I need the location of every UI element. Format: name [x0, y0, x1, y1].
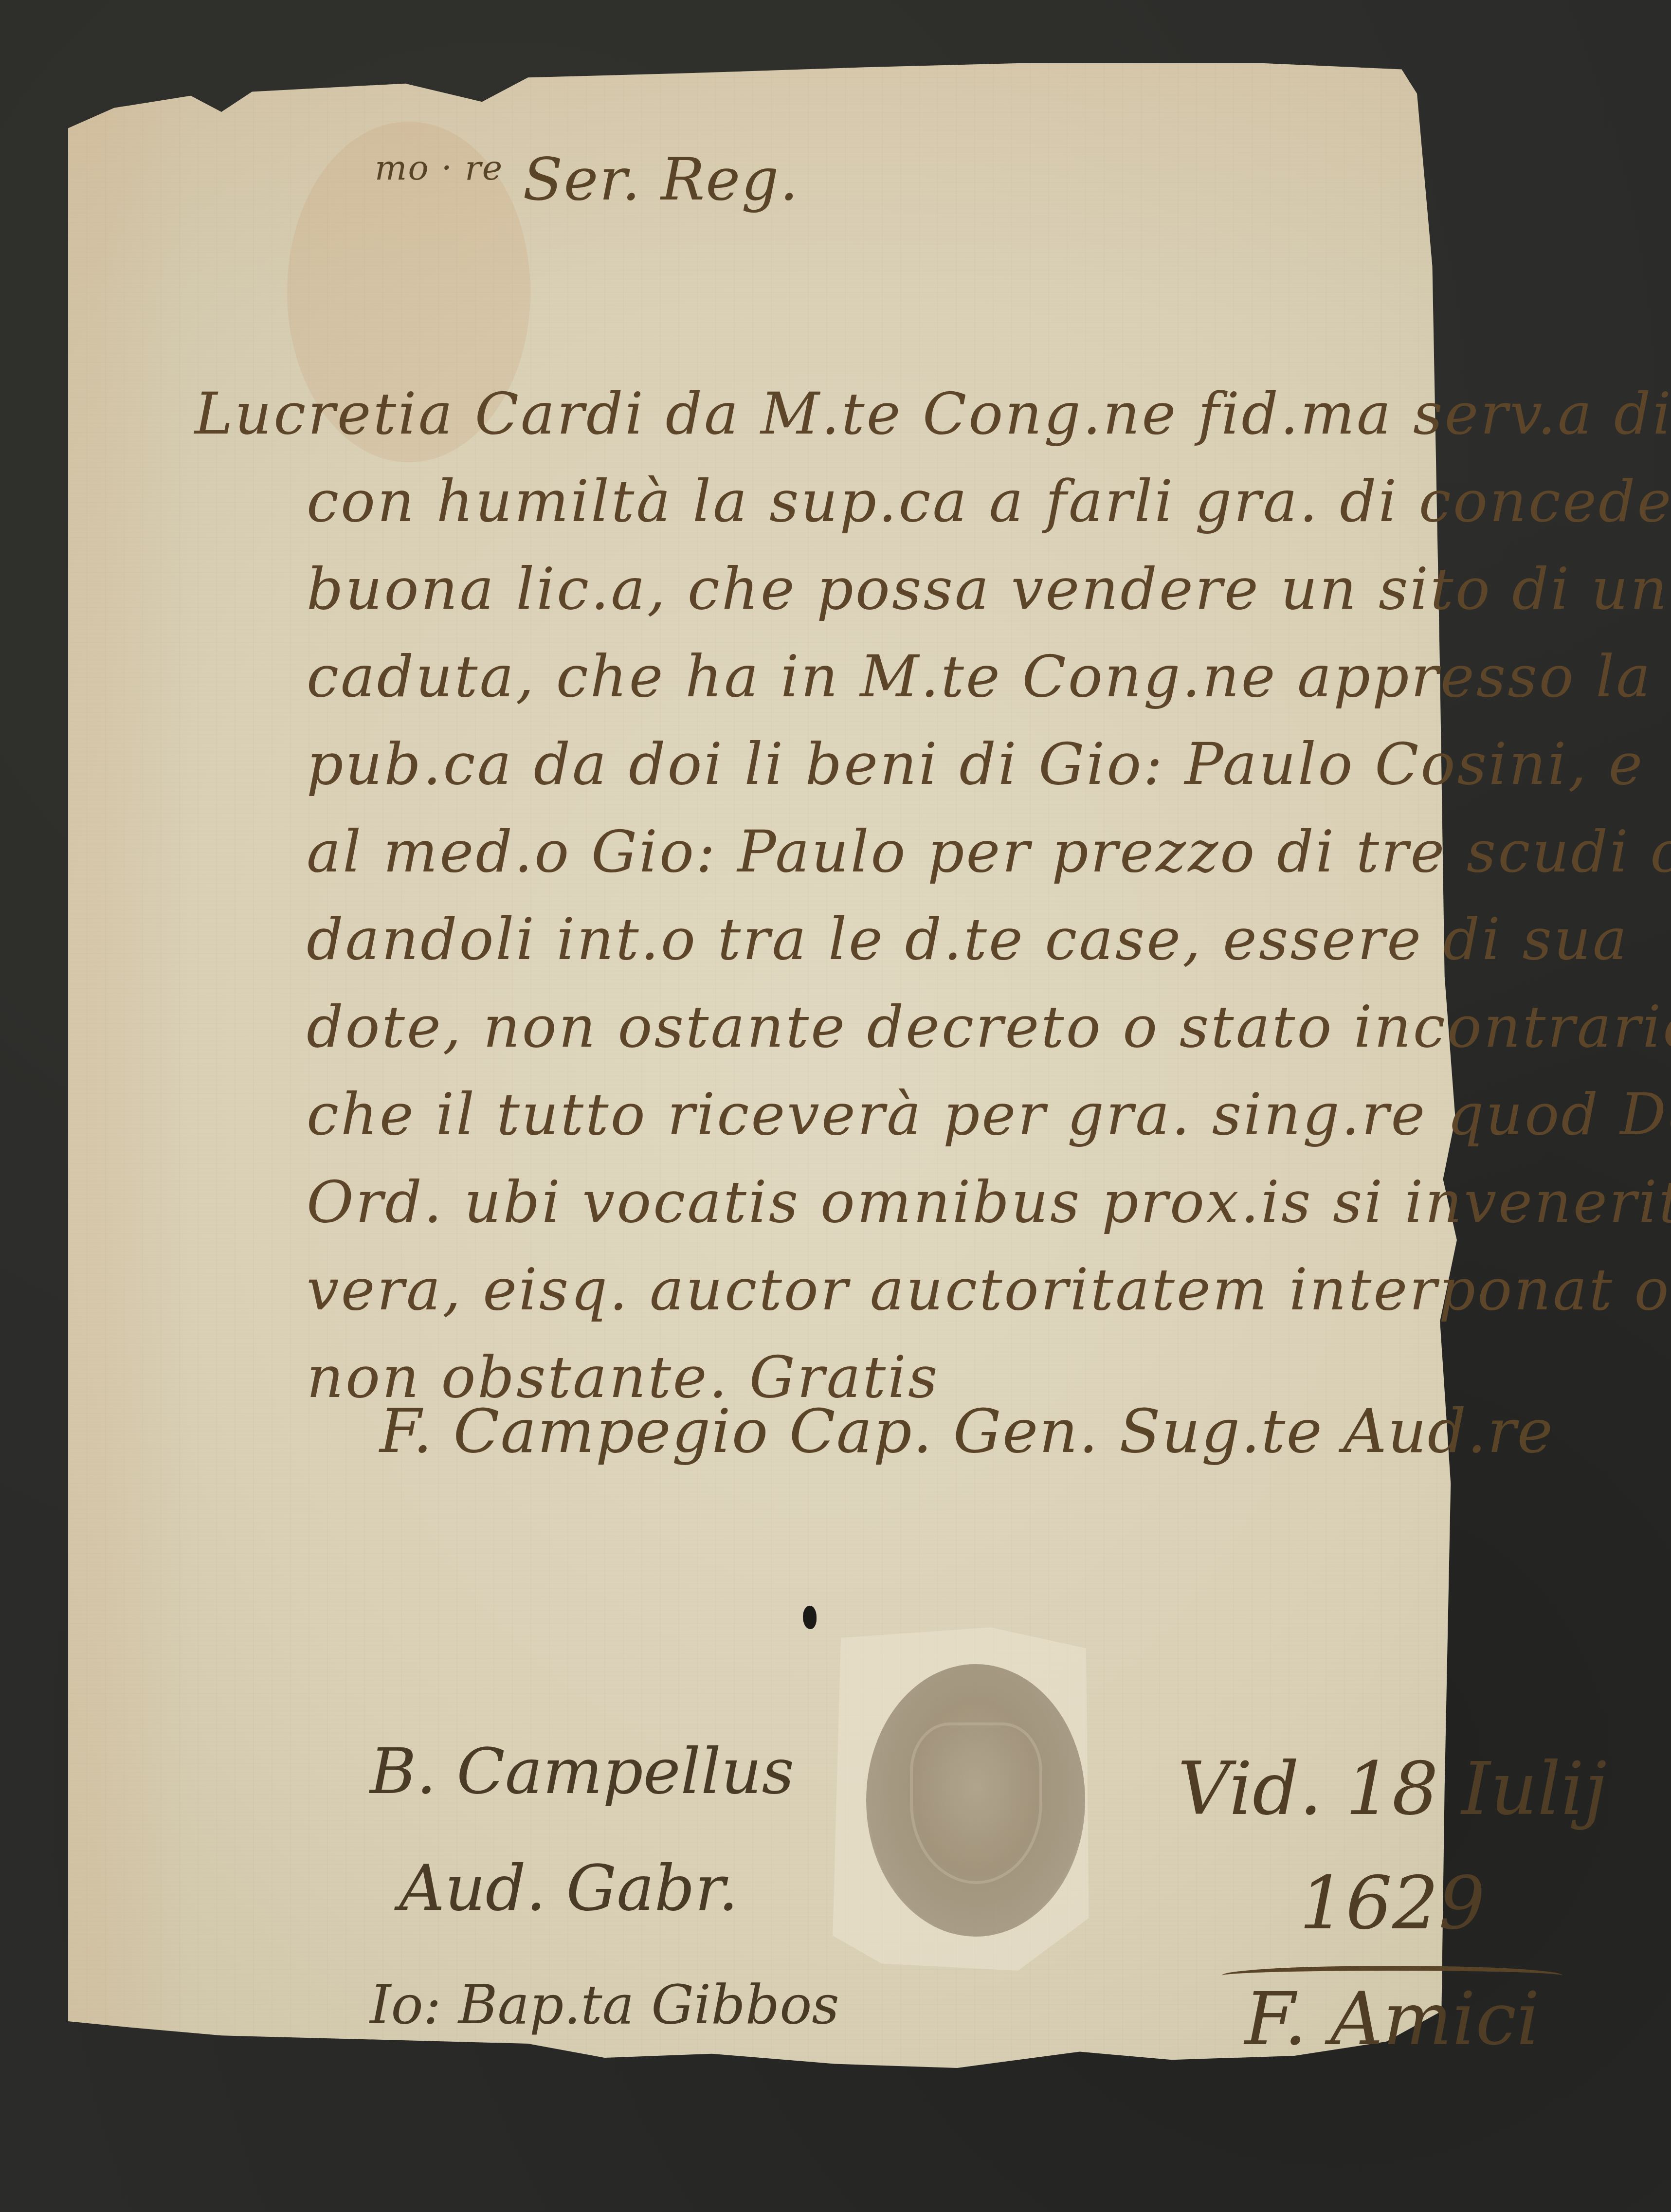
- ink-blot: [803, 1606, 817, 1629]
- petition-body: Lucretia Cardi da M.te Cong.ne fid.ma se…: [195, 370, 1508, 1421]
- signature-campellus: B. Campellus: [370, 1713, 839, 1830]
- body-line: dote, non ostante decreto o stato incont…: [195, 983, 1508, 1070]
- wax-seal-icon: [866, 1664, 1085, 1937]
- body-line: vera, eisq. auctor auctoritatem interpon…: [195, 1246, 1508, 1333]
- signature-auditor: Aud. Gabr.: [370, 1830, 839, 1946]
- body-line: che il tutto riceverà per gra. sing.re q…: [195, 1070, 1508, 1158]
- document-heading: mo · re Ser. Reg.: [375, 146, 799, 214]
- heading-superscript: mo · re: [375, 148, 503, 188]
- body-line: dandoli int.o tra le d.te case, essere d…: [195, 895, 1508, 983]
- campegio-signature: F. Campegio Cap. Gen. Sug.te Aud.re: [380, 1396, 1554, 1467]
- signature-amici: F. Amici: [1222, 1966, 1562, 2068]
- visa-date: Vid. 18 Iulij: [1178, 1732, 1607, 1847]
- body-line: buona lic.a, che possa vendere un sito d…: [195, 545, 1508, 633]
- body-line: al med.o Gio: Paulo per prezzo di tre sc…: [195, 808, 1508, 895]
- body-line: caduta, che ha in M.te Cong.ne appresso …: [195, 633, 1508, 720]
- body-line: Ord. ubi vocatis omnibus prox.is si inve…: [195, 1158, 1508, 1246]
- right-signature-block: Vid. 18 Iulij 1629 F. Amici: [1178, 1732, 1607, 2068]
- heading-text: Ser. Reg.: [523, 146, 799, 214]
- body-line: Lucretia Cardi da M.te Cong.ne fid.ma se…: [195, 370, 1508, 457]
- visa-year: 1629: [1178, 1847, 1607, 1961]
- body-line: con humiltà la sup.ca a farli gra. di co…: [195, 457, 1508, 545]
- body-line: pub.ca da doi li beni di Gio: Paulo Cosi…: [195, 720, 1508, 808]
- left-signature-block: B. Campellus Aud. Gabr. Io: Bap.ta Gibbo…: [370, 1713, 839, 2063]
- signature-gibbos: Io: Bap.ta Gibbos: [370, 1946, 839, 2063]
